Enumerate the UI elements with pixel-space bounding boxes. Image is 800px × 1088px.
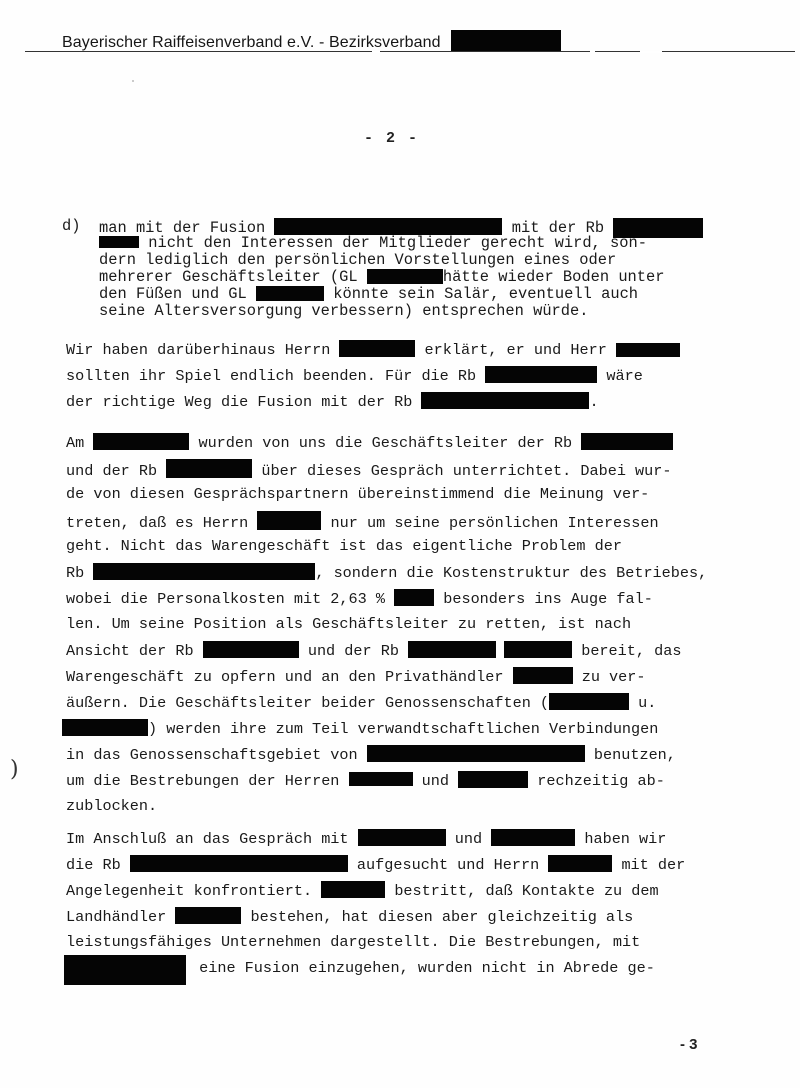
redaction <box>93 563 315 580</box>
text-line: die Rb aufgesucht und Herrn mit der <box>66 855 685 874</box>
text-segment: Landhändler <box>66 908 175 926</box>
text-segment: . <box>589 393 598 411</box>
redaction <box>549 693 629 710</box>
text-segment: und der Rb <box>299 642 408 660</box>
redaction <box>358 829 446 846</box>
text-segment: haben wir <box>575 830 666 848</box>
next-page-marker: - 3 <box>680 1036 698 1053</box>
text-segment: nicht den Interessen der Mitglieder gere… <box>139 234 647 252</box>
text-segment: erklärt, er und Herr <box>415 341 616 359</box>
text-line: sollten ihr Spiel endlich beenden. Für d… <box>66 366 643 385</box>
text-line: seine Altersversorgung verbessern) entsp… <box>99 303 589 319</box>
text-segment: hätte wieder Boden unter <box>443 268 665 286</box>
redaction <box>274 218 502 235</box>
text-segment: zu ver- <box>573 668 646 686</box>
text-segment: aufgesucht und Herrn <box>348 856 549 874</box>
text-segment: Angelegenheit konfrontiert. <box>66 882 321 900</box>
text-segment: nur um seine persönlichen Interessen <box>321 514 658 532</box>
text-segment: Warengeschäft zu opfern und an den Priva… <box>66 668 513 686</box>
text-line: Am wurden von uns die Geschäftsleiter de… <box>66 433 673 452</box>
text-line: dern lediglich den persönlichen Vorstell… <box>99 252 616 268</box>
text-line: len. Um seine Position als Geschäftsleit… <box>66 615 631 633</box>
redaction <box>62 719 148 736</box>
scan-speck <box>132 80 134 82</box>
text-line: de von diesen Gesprächspartnern übereins… <box>66 485 649 503</box>
text-segment: besonders ins Auge fal- <box>434 590 653 608</box>
text-line: der richtige Weg die Fusion mit der Rb . <box>66 392 599 411</box>
text-line: wobei die Personalkosten mit 2,63 % beso… <box>66 589 653 608</box>
text-segment: wäre <box>597 367 643 385</box>
text-line: leistungsfähiges Unternehmen dargestellt… <box>66 933 640 951</box>
text-line: Angelegenheit konfrontiert. bestritt, da… <box>66 881 659 900</box>
text-line: Ansicht der Rb und der Rb bereit, das <box>66 641 681 660</box>
rule-gap <box>640 51 662 53</box>
redaction <box>349 772 413 786</box>
redaction <box>421 392 589 409</box>
redaction <box>367 269 443 284</box>
redaction <box>339 340 415 357</box>
letterhead: Bayerischer Raiffeisenverband e.V. - Bez… <box>62 30 561 52</box>
text-segment: und der Rb <box>66 462 166 480</box>
text-segment: u. <box>629 694 656 712</box>
redaction <box>99 236 139 248</box>
text-segment: Ansicht der Rb <box>66 642 203 660</box>
text-segment: Im Anschluß an das Gespräch mit <box>66 830 358 848</box>
redaction <box>203 641 299 658</box>
redaction <box>257 511 321 530</box>
text-line: äußern. Die Geschäftsleiter beider Genos… <box>66 693 656 712</box>
letterhead-rule <box>25 51 795 52</box>
text-segment: Rb <box>66 564 93 582</box>
letterhead-text: Bayerischer Raiffeisenverband e.V. - Bez… <box>62 34 441 51</box>
text-segment: äußern. Die Geschäftsleiter beider Genos… <box>66 694 549 712</box>
text-segment: und <box>446 830 492 848</box>
text-segment: über dieses Gespräch unterrichtet. Dabei… <box>252 462 671 480</box>
text-line: in das Genossenschaftsgebiet von benutze… <box>66 745 676 764</box>
text-line: nicht den Interessen der Mitglieder gere… <box>99 235 647 251</box>
rule-gap <box>590 51 595 53</box>
redaction <box>93 433 189 450</box>
page-number: - 2 - <box>364 130 419 147</box>
text-line: und der Rb über dieses Gespräch unterric… <box>66 459 672 480</box>
text-segment: benutzen, <box>585 746 676 764</box>
text-line: treten, daß es Herrn nur um seine persön… <box>66 511 659 532</box>
text-segment: bestritt, daß Kontakte zu dem <box>385 882 658 900</box>
redaction <box>504 641 572 658</box>
list-marker: d) <box>62 218 80 234</box>
redaction <box>256 286 324 301</box>
redaction <box>513 667 573 684</box>
text-segment: treten, daß es Herrn <box>66 514 257 532</box>
redaction <box>64 955 186 985</box>
text-line: Wir haben darüberhinaus Herrn erklärt, e… <box>66 340 680 359</box>
text-line: den Füßen und GL könnte sein Salär, even… <box>99 286 638 302</box>
margin-mark: ) <box>10 757 19 782</box>
text-segment: könnte sein Salär, eventuell auch <box>324 285 638 303</box>
text-segment: sollten ihr Spiel endlich beenden. Für d… <box>66 367 485 385</box>
text-segment: Wir haben darüberhinaus Herrn <box>66 341 339 359</box>
redaction <box>485 366 597 383</box>
text-line: ) werden ihre zum Teil verwandtschaftlic… <box>62 719 658 738</box>
text-segment: um die Bestrebungen der Herren <box>66 772 349 790</box>
text-line: Im Anschluß an das Gespräch mit und habe… <box>66 829 666 848</box>
text-line: zublocken. <box>66 797 157 815</box>
document-page: Bayerischer Raiffeisenverband e.V. - Bez… <box>0 0 800 1088</box>
redaction <box>394 589 434 606</box>
text-segment: bestehen, hat diesen aber gleichzeitig a… <box>241 908 633 926</box>
redaction <box>451 30 561 52</box>
text-segment: bereit, das <box>572 642 681 660</box>
redaction <box>458 771 528 788</box>
redaction <box>321 881 385 898</box>
text-segment: in das Genossenschaftsgebiet von <box>66 746 367 764</box>
text-line: geht. Nicht das Warengeschäft ist das ei… <box>66 537 622 555</box>
text-segment: , sondern die Kostenstruktur des Betrieb… <box>315 564 707 582</box>
text-segment: ) werden ihre zum Teil verwandtschaftlic… <box>148 720 658 738</box>
redaction <box>130 855 348 872</box>
text-segment: und <box>413 772 459 790</box>
text-segment: mit der <box>612 856 685 874</box>
text-segment: den Füßen und GL <box>99 285 256 303</box>
text-line: Landhändler bestehen, hat diesen aber gl… <box>66 907 633 926</box>
text-line: mehrerer Geschäftsleiter (GL hätte wiede… <box>99 269 665 285</box>
redaction <box>367 745 585 762</box>
rule-gap <box>372 51 380 53</box>
text-segment: mehrerer Geschäftsleiter (GL <box>99 268 367 286</box>
redaction <box>175 907 241 924</box>
text-segment: der richtige Weg die Fusion mit der Rb <box>66 393 421 411</box>
text-line: um die Bestrebungen der Herren und rechz… <box>66 771 665 790</box>
text-line: Rb , sondern die Kostenstruktur des Betr… <box>66 563 707 582</box>
text-segment: rechzeitig ab- <box>528 772 665 790</box>
redaction <box>491 829 575 846</box>
redaction <box>408 641 496 658</box>
text-line: eine Fusion einzugehen, wurden nicht in … <box>190 959 655 977</box>
redaction <box>581 433 673 450</box>
text-segment: die Rb <box>66 856 130 874</box>
text-line: Warengeschäft zu opfern und an den Priva… <box>66 667 646 686</box>
text-segment: wobei die Personalkosten mit 2,63 % <box>66 590 394 608</box>
text-segment: Am <box>66 434 93 452</box>
redaction <box>616 343 680 357</box>
redaction <box>166 459 252 478</box>
redaction <box>548 855 612 872</box>
text-segment: wurden von uns die Geschäftsleiter der R… <box>189 434 581 452</box>
